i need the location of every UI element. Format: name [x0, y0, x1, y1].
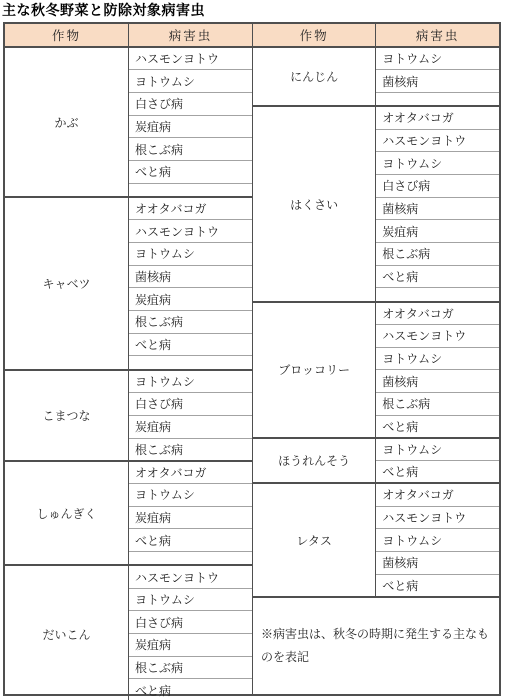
crop-cell: しゅんぎく: [5, 461, 129, 566]
pest-cell: ヨトウムシ: [129, 588, 253, 611]
pest-cell: ヨトウムシ: [376, 529, 499, 552]
table-left-header-row: 作物 病害虫: [5, 24, 252, 47]
crop-cell: かぶ: [5, 47, 129, 197]
pest-cell: べと病: [376, 415, 499, 438]
pest-cell: ヨトウムシ: [376, 47, 499, 70]
crop-cell: はくさい: [253, 106, 376, 302]
table-row: キャベツオオタバコガ: [5, 197, 252, 220]
pest-cell: オオタバコガ: [129, 197, 253, 220]
column-header-pest: 病害虫: [129, 24, 253, 47]
note-row: ※病害虫は、秋冬の時期に発生する主なものを表記: [253, 597, 500, 694]
pest-cell: 白さび病: [129, 92, 253, 115]
pest-cell: 根こぶ病: [129, 138, 253, 161]
table-right-header-row: 作物 病害虫: [253, 24, 500, 47]
pest-cell: ハスモンヨトウ: [376, 325, 499, 348]
note-cell: ※病害虫は、秋冬の時期に発生する主なものを表記: [253, 597, 500, 694]
page: 主な秋冬野菜と防除対象病害虫 作物 病害虫 かぶハスモンヨトウヨトウムシ白さび病…: [0, 0, 506, 700]
table-row: レタスオオタバコガ: [253, 483, 500, 506]
crop-cell: だいこん: [5, 565, 129, 700]
table-row: ブロッコリーオオタバコガ: [253, 302, 500, 325]
column-header-pest: 病害虫: [376, 24, 499, 47]
pest-cell: 根こぶ病: [376, 393, 499, 416]
table-row: にんじんヨトウムシ: [253, 47, 500, 70]
filler-cell: [376, 288, 499, 302]
table-row: ほうれんそうヨトウムシ: [253, 438, 500, 461]
pest-cell: 根こぶ病: [129, 656, 253, 679]
table-row: しゅんぎくオオタバコガ: [5, 461, 252, 484]
pest-cell: 菌核病: [376, 370, 499, 393]
column-header-crop: 作物: [5, 24, 129, 47]
pest-cell: オオタバコガ: [376, 483, 499, 506]
pest-cell: ヨトウムシ: [376, 152, 499, 175]
pest-cell: ハスモンヨトウ: [129, 220, 253, 243]
table-right: 作物 病害虫 にんじんヨトウムシ菌核病はくさいオオタバコガハスモンヨトウヨトウム…: [252, 24, 499, 694]
pest-cell: 白さび病: [376, 174, 499, 197]
pest-cell: べと病: [376, 574, 499, 597]
pest-cell: べと病: [129, 679, 253, 700]
crop-cell: キャベツ: [5, 197, 129, 370]
table-row: だいこんハスモンヨトウ: [5, 565, 252, 588]
pest-cell: 根こぶ病: [129, 311, 253, 334]
pest-cell: 菌核病: [376, 70, 499, 93]
pest-cell: 根こぶ病: [376, 243, 499, 266]
pest-cell: べと病: [129, 333, 253, 356]
crop-cell: ほうれんそう: [253, 438, 376, 483]
filler-cell: [129, 551, 253, 565]
pest-cell: 炭疽病: [129, 115, 253, 138]
page-title: 主な秋冬野菜と防除対象病害虫: [2, 0, 205, 20]
filler-cell: [129, 356, 253, 370]
pest-cell: 炭疽病: [129, 634, 253, 657]
column-header-crop: 作物: [253, 24, 376, 47]
table-row: はくさいオオタバコガ: [253, 106, 500, 129]
pest-cell: べと病: [376, 461, 499, 484]
pest-cell: 炭疽病: [129, 506, 253, 529]
pest-cell: 白さび病: [129, 393, 253, 416]
pest-cell: ヨトウムシ: [129, 243, 253, 266]
pest-cell: 白さび病: [129, 611, 253, 634]
pest-cell: 炭疽病: [129, 415, 253, 438]
pest-cell: 根こぶ病: [129, 438, 253, 461]
table-left: 作物 病害虫 かぶハスモンヨトウヨトウムシ白さび病炭疽病根こぶ病べと病キャベツオ…: [5, 24, 252, 700]
pest-cell: 炭疽病: [376, 220, 499, 243]
pest-cell: べと病: [376, 265, 499, 288]
pest-cell: ハスモンヨトウ: [129, 47, 253, 70]
pest-cell: ヨトウムシ: [129, 483, 253, 506]
pest-cell: ハスモンヨトウ: [376, 129, 499, 152]
pest-cell: オオタバコガ: [129, 461, 253, 484]
pest-cell: ヨトウムシ: [376, 438, 499, 461]
pest-cell: ヨトウムシ: [376, 347, 499, 370]
table-row: かぶハスモンヨトウ: [5, 47, 252, 70]
crop-cell: ブロッコリー: [253, 302, 376, 438]
crop-cell: こまつな: [5, 370, 129, 461]
crop-cell: レタス: [253, 483, 376, 596]
pest-cell: 菌核病: [376, 551, 499, 574]
pest-cell: 菌核病: [129, 265, 253, 288]
table-row: こまつなヨトウムシ: [5, 370, 252, 393]
pest-cell: ハスモンヨトウ: [129, 565, 253, 588]
pest-cell: ハスモンヨトウ: [376, 506, 499, 529]
pest-cell: 炭疽病: [129, 288, 253, 311]
crop-cell: にんじん: [253, 47, 376, 106]
pest-cell: 菌核病: [376, 197, 499, 220]
filler-cell: [129, 183, 253, 197]
pest-cell: ヨトウムシ: [129, 70, 253, 93]
crops-pests-table: 作物 病害虫 かぶハスモンヨトウヨトウムシ白さび病炭疽病根こぶ病べと病キャベツオ…: [3, 22, 501, 696]
filler-cell: [376, 92, 499, 106]
pest-cell: ヨトウムシ: [129, 370, 253, 393]
pest-cell: オオタバコガ: [376, 106, 499, 129]
pest-cell: べと病: [129, 160, 253, 183]
pest-cell: オオタバコガ: [376, 302, 499, 325]
pest-cell: べと病: [129, 529, 253, 552]
